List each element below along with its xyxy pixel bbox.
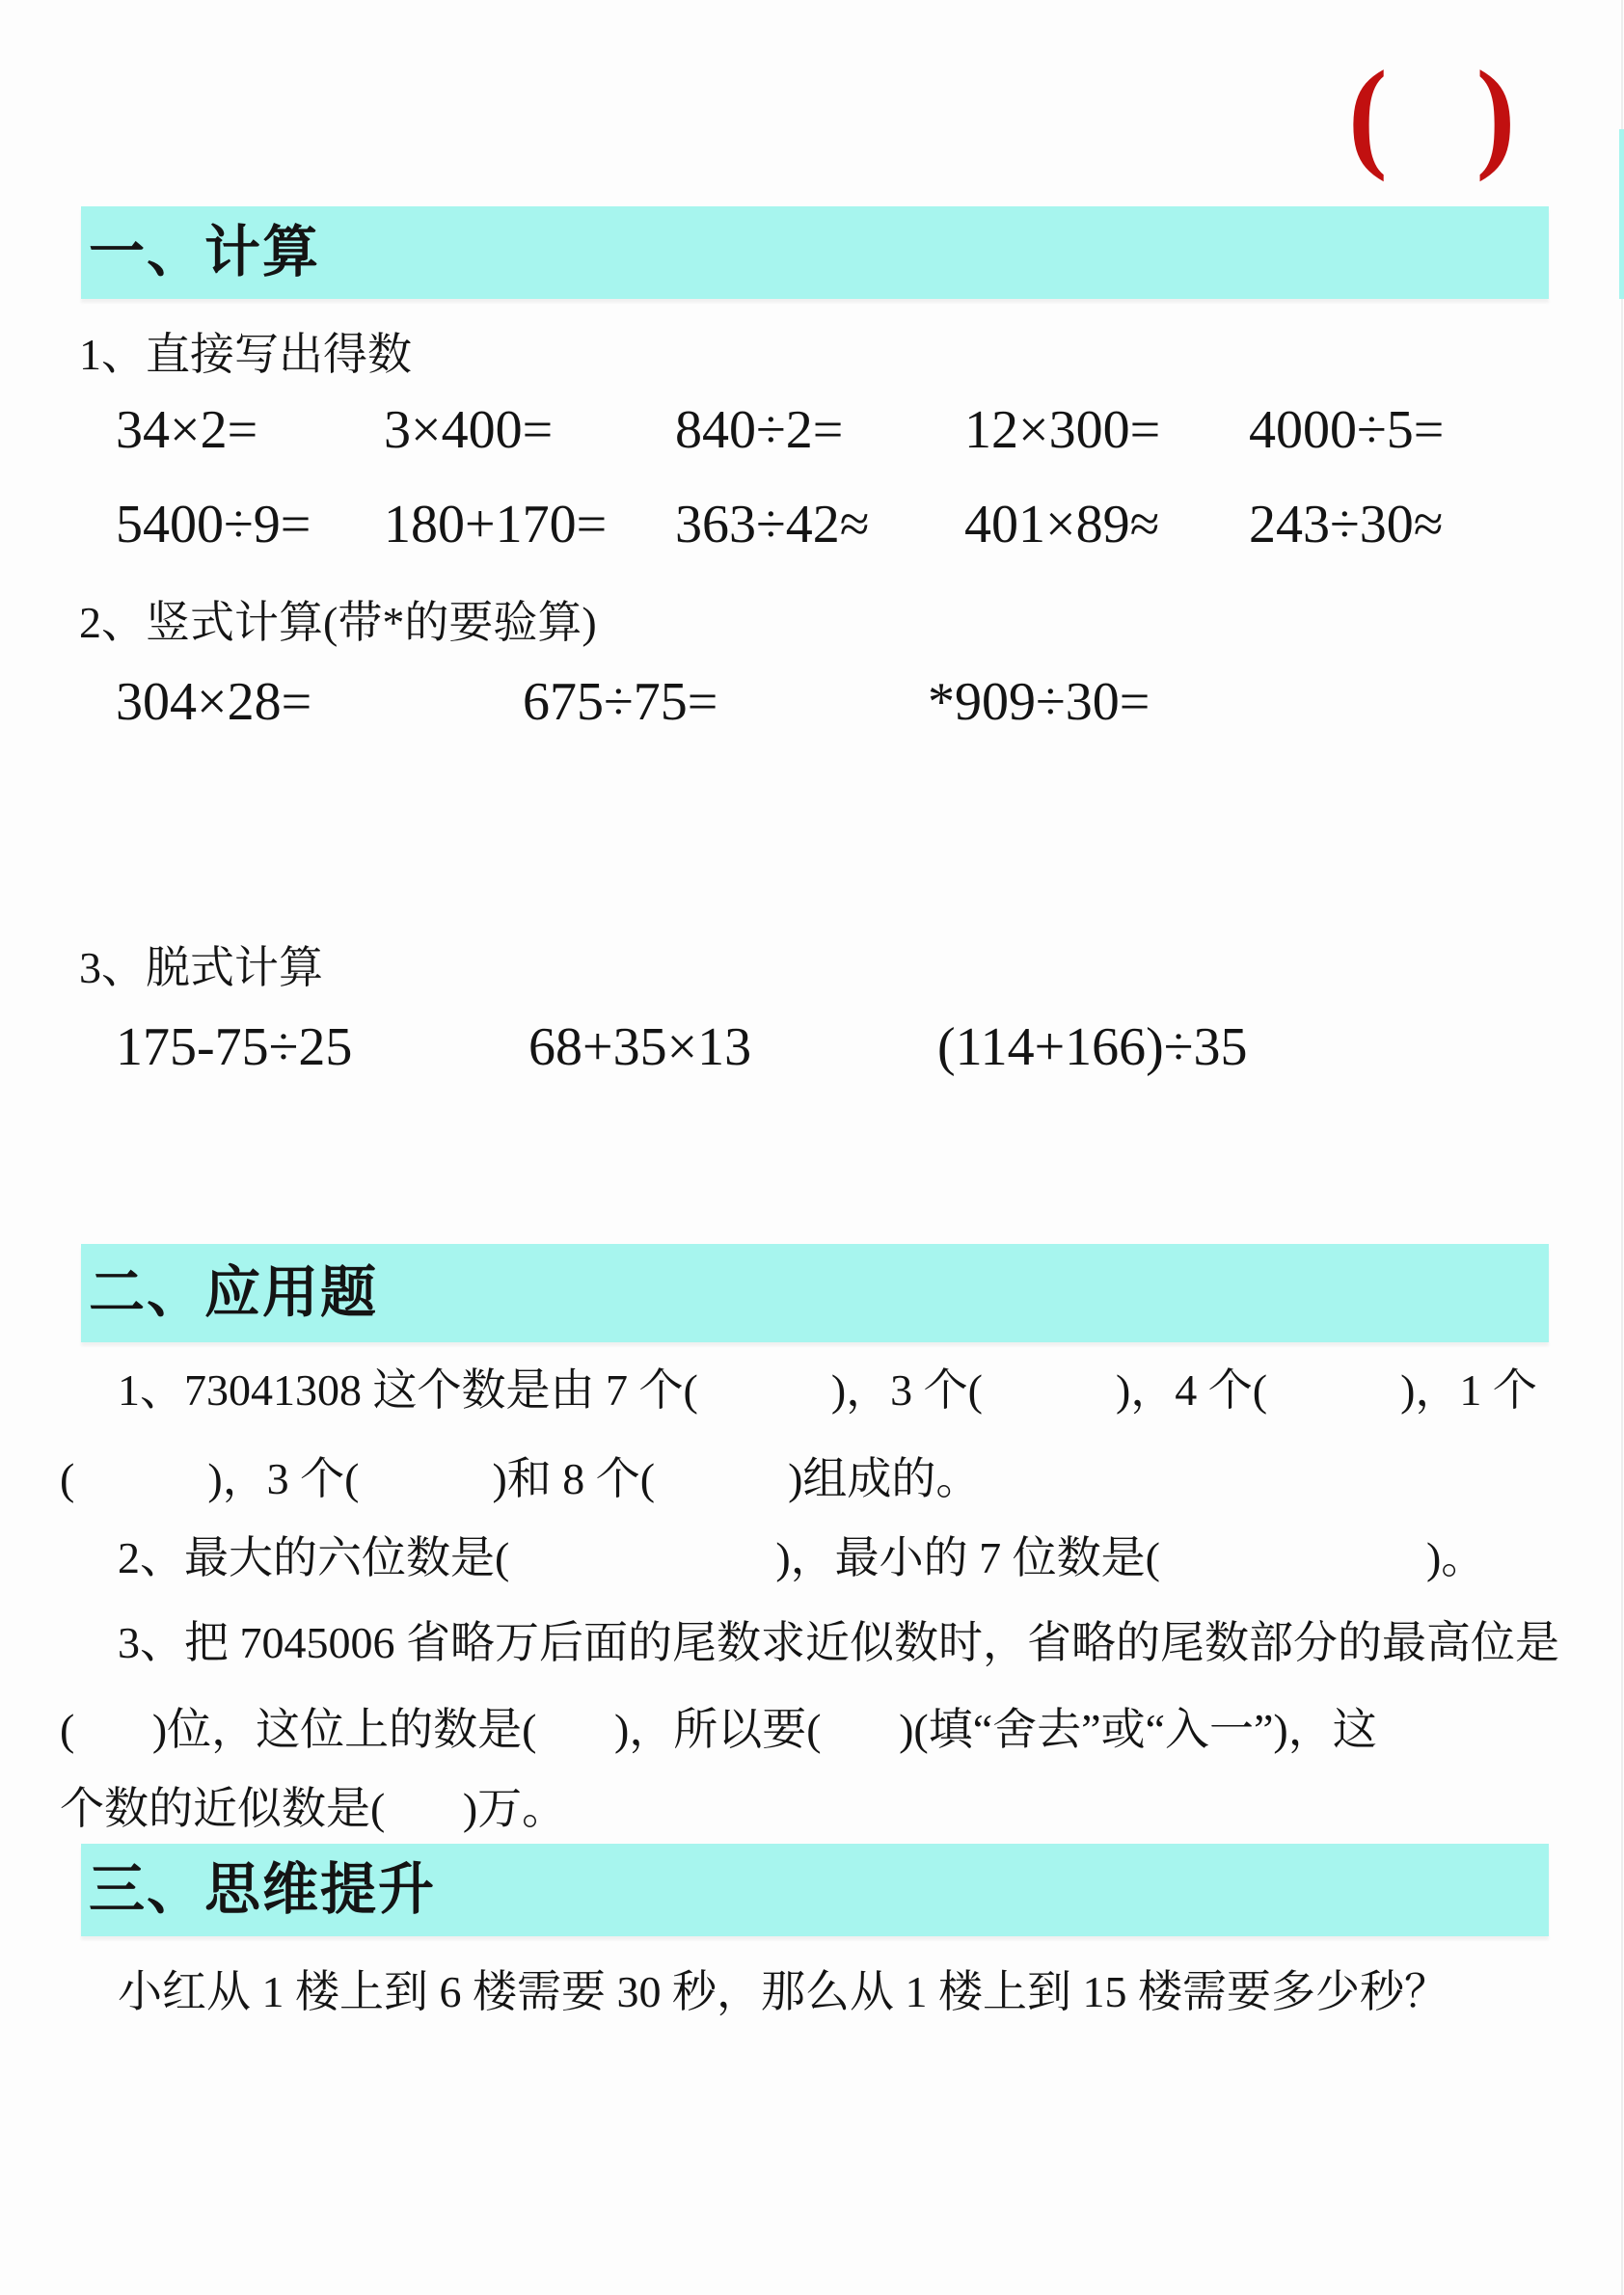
section-header-calculation: 一、计算 (81, 206, 1549, 299)
section-title-applied: 二、应用题 (81, 1265, 378, 1321)
math-problem: *909÷30= (928, 675, 1150, 729)
thinking-question: 小红从 1 楼上到 6 楼需要 30 秒，那么从 1 楼上到 15 楼需要多少秒… (118, 1965, 1448, 2018)
math-problem: 5400÷9= (116, 498, 311, 552)
math-problem: 180+170= (384, 498, 607, 552)
stepwise-problems-row: 175-75÷25 68+35×13 (114+166)÷35 (0, 1020, 1624, 1092)
page-edge-cyan-artifact (1619, 129, 1624, 299)
section-title-thinking: 三、思维提升 (81, 1862, 436, 1918)
math-problem: 840÷2= (675, 403, 843, 457)
math-problem: 3×400= (384, 403, 553, 457)
math-problem: 675÷75= (523, 675, 717, 729)
applied-q3-line1: 3、把 7045006 省略万后面的尾数求近似数时，省略的尾数部分的最高位是 (118, 1616, 1559, 1669)
applied-q1-line2: ( )，3 个( )和 8 个( )组成的。 (60, 1452, 980, 1505)
section-header-applied: 二、应用题 (81, 1244, 1549, 1342)
score-paren-close-icon: ) (1476, 53, 1516, 176)
stepwise-calculation-label: 3、脱式计算 (79, 941, 323, 994)
math-problem: 68+35×13 (528, 1020, 751, 1074)
math-problem: 304×28= (116, 675, 311, 729)
applied-q3-line3: 个数的近似数是( )万。 (60, 1782, 566, 1835)
math-problem: 401×89≈ (964, 498, 1159, 552)
section-title-calculation: 一、计算 (81, 225, 320, 281)
math-problem: 34×2= (116, 403, 257, 457)
applied-q2: 2、最大的六位数是( )，最小的 7 位数是( )。 (118, 1531, 1485, 1584)
math-problem: (114+166)÷35 (937, 1020, 1248, 1074)
vertical-problems-row: 304×28= 675÷75= *909÷30= (0, 675, 1624, 746)
score-paren-open-icon: ( (1348, 53, 1388, 176)
worksheet-page: ( ) 一、计算 1、直接写出得数 34×2= 3×400= 840÷2= 12… (0, 0, 1624, 2295)
oral-problems-row-2: 5400÷9= 180+170= 363÷42≈ 401×89≈ 243÷30≈ (0, 498, 1624, 569)
score-parentheses: ( ) (1348, 56, 1515, 174)
math-problem: 363÷42≈ (675, 498, 869, 552)
math-problem: 12×300= (964, 403, 1160, 457)
math-problem: 175-75÷25 (116, 1020, 352, 1074)
oral-problems-row-1: 34×2= 3×400= 840÷2= 12×300= 4000÷5= (0, 403, 1624, 474)
page-edge-line (1621, 0, 1623, 2295)
math-problem: 4000÷5= (1249, 403, 1444, 457)
oral-calculation-label: 1、直接写出得数 (79, 328, 412, 381)
vertical-calculation-label: 2、竖式计算(带*的要验算) (79, 596, 597, 649)
math-problem: 243÷30≈ (1249, 498, 1443, 552)
section-header-thinking: 三、思维提升 (81, 1844, 1549, 1936)
applied-q3-line2: ( )位，这位上的数是( )，所以要( )(填“舍去”或“入一”)，这 (60, 1703, 1377, 1756)
applied-q1-line1: 1、73041308 这个数是由 7 个( )，3 个( )，4 个( )，1 … (118, 1363, 1537, 1417)
